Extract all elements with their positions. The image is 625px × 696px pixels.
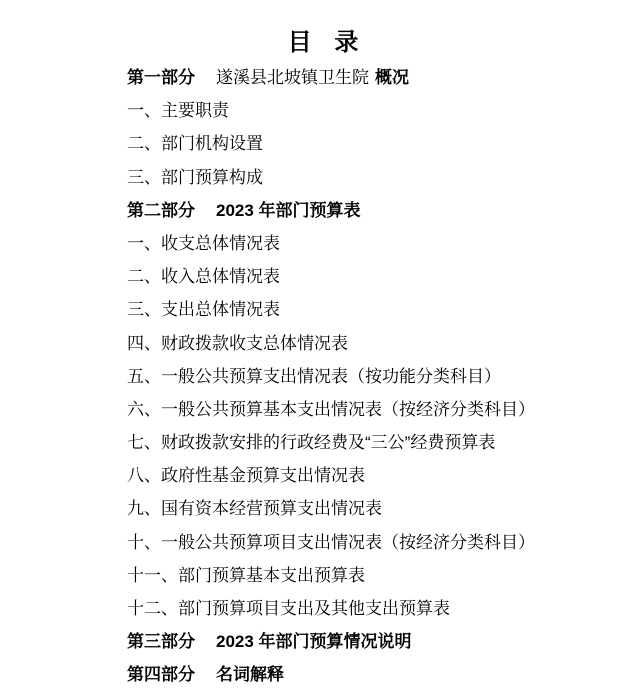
part-1-label: 第一部分 — [127, 68, 195, 87]
page-title: 目 录 — [127, 30, 520, 56]
toc-item: 二、收入总体情况表 — [127, 265, 625, 298]
document-page: 目 录 第一部分遂溪县北坡镇卫生院概况 一、主要职责 二、部门机构设置 三、部门… — [0, 0, 625, 696]
part-4-label: 第四部分 — [127, 665, 195, 684]
toc-part-1-heading: 第一部分遂溪县北坡镇卫生院概况 — [127, 66, 625, 99]
toc-item: 六、一般公共预算基本支出情况表（按经济分类科目） — [127, 398, 625, 431]
toc-item: 五、一般公共预算支出情况表（按功能分类科目） — [127, 365, 625, 398]
toc-item: 二、部门机构设置 — [127, 132, 625, 165]
toc-list: 第一部分遂溪县北坡镇卫生院概况 一、主要职责 二、部门机构设置 三、部门预算构成… — [127, 66, 625, 696]
part-3-title: 2023 年部门预算情况说明 — [216, 632, 412, 651]
part-3-label: 第三部分 — [127, 632, 195, 651]
part-1-org-name: 遂溪县北坡镇卫生院 — [216, 68, 369, 87]
toc-part-3-heading: 第三部分2023 年部门预算情况说明 — [127, 630, 625, 663]
toc-part-2-heading: 第二部分2023 年部门预算表 — [127, 199, 625, 232]
toc-part-4-heading: 第四部分名词解释 — [127, 663, 625, 696]
toc-item: 十二、部门预算项目支出及其他支出预算表 — [127, 597, 625, 630]
toc-item: 一、主要职责 — [127, 99, 625, 132]
toc-item: 十一、部门预算基本支出预算表 — [127, 564, 625, 597]
toc-item: 十、一般公共预算项目支出情况表（按经济分类科目） — [127, 531, 625, 564]
part-4-title: 名词解释 — [216, 665, 284, 684]
toc-item: 三、部门预算构成 — [127, 166, 625, 199]
part-2-title: 2023 年部门预算表 — [216, 201, 361, 220]
toc-item: 七、财政拨款安排的行政经费及“三公”经费预算表 — [127, 431, 625, 464]
toc-item: 三、支出总体情况表 — [127, 298, 625, 331]
toc-item: 九、国有资本经营预算支出情况表 — [127, 497, 625, 530]
toc-item: 四、财政拨款收支总体情况表 — [127, 332, 625, 365]
toc-item: 一、收支总体情况表 — [127, 232, 625, 265]
part-2-label: 第二部分 — [127, 201, 195, 220]
part-1-title-suffix: 概况 — [375, 68, 409, 87]
toc-item: 八、政府性基金预算支出情况表 — [127, 464, 625, 497]
